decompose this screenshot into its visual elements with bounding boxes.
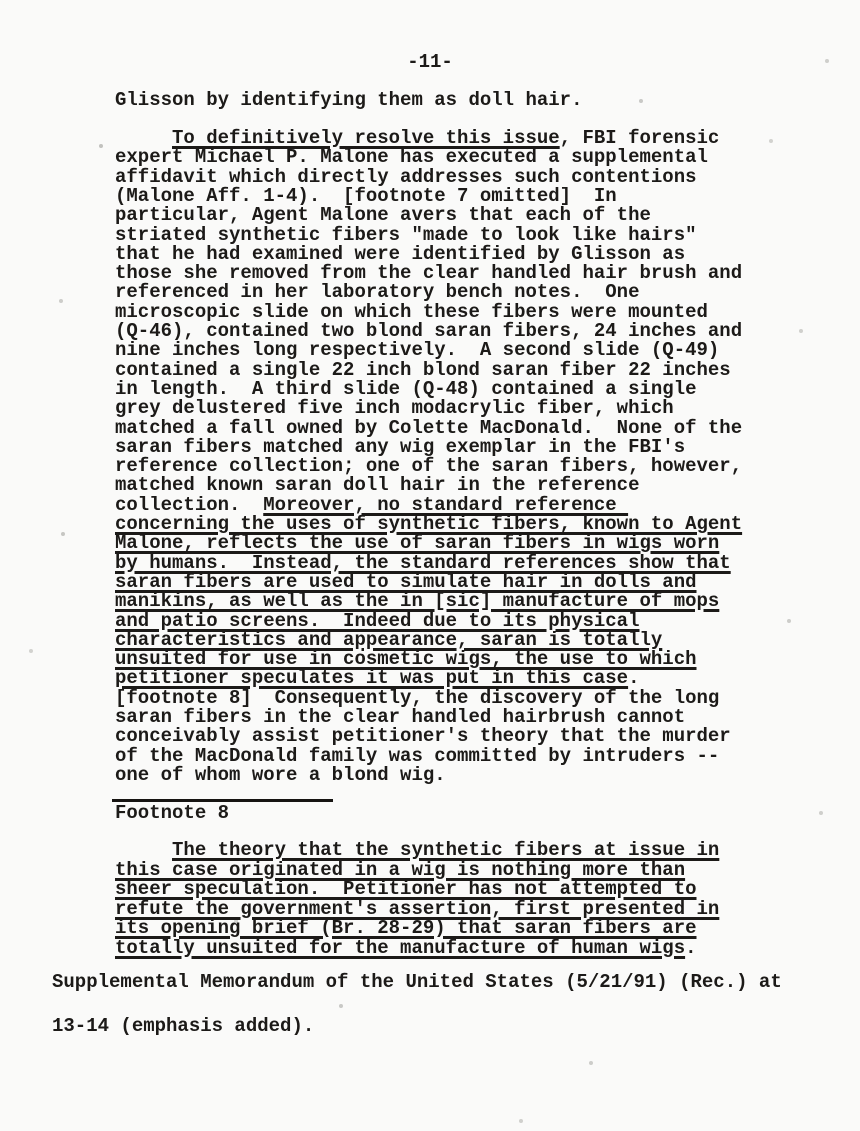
text-segment: .	[685, 937, 696, 959]
text-line: 13-14 (emphasis added).	[52, 1017, 782, 1036]
text-line: totally unsuited for the manufacture of …	[115, 939, 719, 959]
citation: Supplemental Memorandum of the United St…	[52, 973, 782, 1061]
text-line: Supplemental Memorandum of the United St…	[52, 973, 782, 992]
text-line: Glisson by identifying them as doll hair…	[115, 91, 742, 110]
underlined-text-segment: totally unsuited for the manufacture of …	[115, 937, 685, 959]
text-segment: Glisson by identifying them as doll hair…	[115, 89, 582, 111]
scan-noise	[0, 0, 2, 2]
text-line: one of whom wore a blond wig.	[115, 766, 742, 785]
footnote-heading: Footnote 8	[115, 804, 229, 823]
body-text: Glisson by identifying them as doll hair…	[115, 91, 742, 786]
footnote-text: The theory that the synthetic fibers at …	[115, 841, 719, 958]
text-segment: 13-14 (emphasis added).	[52, 1015, 314, 1037]
page-number: -11-	[0, 53, 860, 72]
document-page: -11- Glisson by identifying them as doll…	[0, 0, 860, 1131]
text-segment: Supplemental Memorandum of the United St…	[52, 971, 782, 993]
text-segment: one of whom wore a blond wig.	[115, 764, 446, 786]
